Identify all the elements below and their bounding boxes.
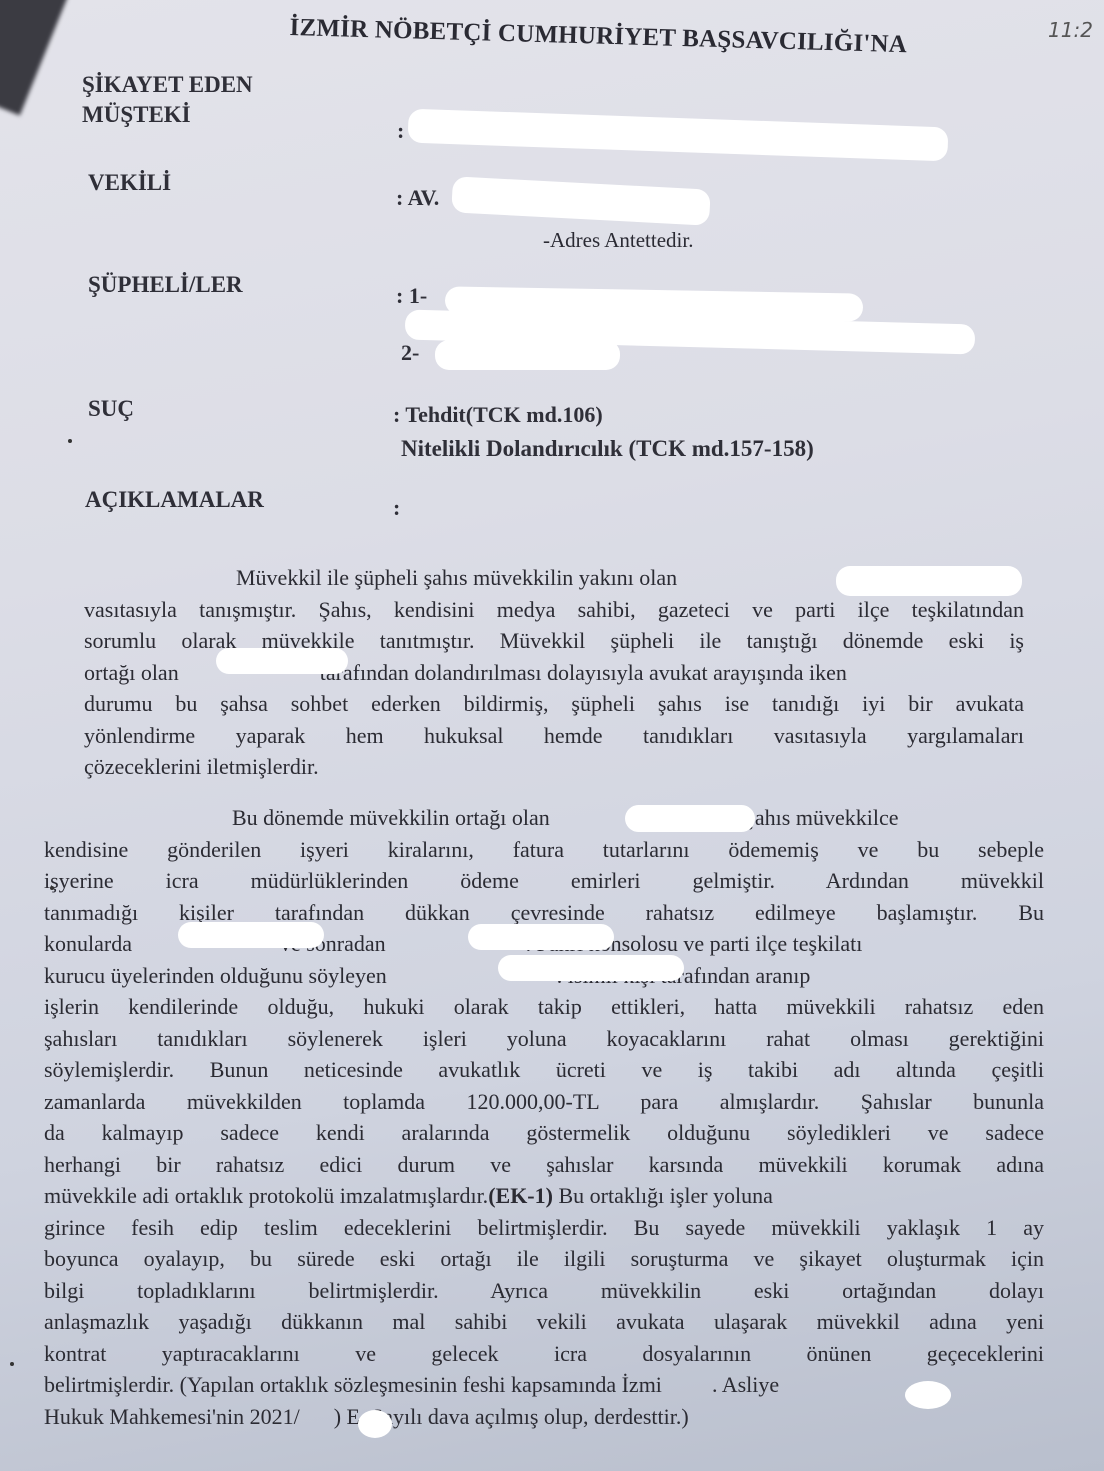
complainant-label: ŞİKAYET EDEN [82, 72, 253, 98]
p2-line: bilgi topladıklarını belirtmişlerdir. Ay… [44, 1275, 1044, 1307]
p2-line: herhangi bir rahatsız edici durum ve şah… [44, 1149, 1044, 1181]
suspects-label: ŞÜPHELİ/LER [88, 272, 243, 298]
p2-line: işlerin kendilerinde olduğu, hukuki olar… [44, 991, 1044, 1023]
speck [10, 1362, 14, 1366]
redaction-suspect-2 [435, 340, 620, 370]
attorney-address: -Adres Antettedir. [543, 228, 693, 253]
attorney-value: : AV. [396, 185, 439, 211]
p2-line: kontrat yaptıracaklarını ve gelecek icra… [44, 1338, 1044, 1370]
p2-line: müvekkile adi ortaklık protokolü imzalat… [44, 1180, 1044, 1212]
redaction-p1-partner [216, 648, 348, 674]
p2-text: Hukuk Mahkemesi'nin 2021/ [44, 1404, 300, 1429]
p2-line: işyerine icra müdürlüklerinden ödeme emi… [44, 865, 1044, 897]
p2-text: müvekkile adi ortaklık protokolü imzalat… [44, 1183, 488, 1208]
p2-line: Bu dönemde müvekkilin ortağı olan. isiml… [44, 802, 1044, 834]
handwritten-note: 11:2 [1048, 18, 1093, 42]
redaction-complainant [408, 109, 949, 162]
suspect-1: : 1- [396, 283, 427, 309]
explanations-label: AÇIKLAMALAR [85, 487, 264, 513]
crime-1: : Tehdit(TCK md.106) [393, 402, 603, 428]
attorney-label: VEKİLİ [88, 170, 171, 196]
p2-text: konularda [44, 931, 132, 956]
p2-line: belirtmişlerdir. (Yapılan ortaklık sözle… [44, 1369, 1044, 1401]
crime-label: SUÇ [88, 396, 134, 422]
complainant-label-2: MÜŞTEKİ [82, 102, 191, 128]
p2-line: girince fesih edip teslim edeceklerini b… [44, 1212, 1044, 1244]
p1-line: durumu bu şahsa sohbet ederken bildirmiş… [84, 688, 1024, 720]
redaction-p1-relative [836, 566, 1022, 596]
p1-line: Müvekkil ile şüpheli şahıs müvekkilin ya… [84, 562, 876, 594]
p2-line: da kalmayıp sadece kendi aralarında göst… [44, 1117, 1044, 1149]
p2-text: Bu ortaklığı işler yoluna [553, 1183, 773, 1208]
p2-text: kurucu üyelerinden olduğunu söyleyen [44, 963, 387, 988]
redaction-p2-name-3 [498, 955, 684, 981]
p2-line: kendisine gönderilen işyeri kiralarını, … [44, 834, 1044, 866]
photo-shadow [0, 0, 72, 116]
redaction-court-city [905, 1381, 951, 1409]
p2-text: Bu dönemde müvekkilin ortağı olan [232, 805, 550, 830]
p1-line: vasıtasıyla tanışmıştır. Şahıs, kendisin… [84, 594, 1024, 626]
speck [50, 886, 54, 890]
explanations-colon: : [393, 495, 400, 521]
p1-line: çözeceklerini iletmişlerdir. [84, 751, 1024, 783]
p2-text: belirtmişlerdir. (Yapılan ortaklık sözle… [44, 1372, 662, 1397]
redaction-p2-partner [625, 805, 755, 832]
p2-line: şahısları tanıdıkları söylenerek işleri … [44, 1023, 1044, 1055]
document-title: İZMİR NÖBETÇİ CUMHURİYET BAŞSAVCILIĞI'NA [289, 14, 907, 59]
p2-text: . Asliye [712, 1372, 779, 1397]
p2-line: boyunca oyalayıp, bu sürede eski ortağı … [44, 1243, 1044, 1275]
p2-line: zamanlarda müvekkilden toplamda 120.000,… [44, 1086, 1044, 1118]
p2-line: anlaşmazlık yaşadığı dükkanın mal sahibi… [44, 1306, 1044, 1338]
crime-2: Nitelikli Dolandırıcılık (TCK md.157-158… [401, 436, 814, 462]
annex-reference: (EK-1) [488, 1183, 553, 1208]
suspect-2: 2- [401, 340, 419, 366]
redaction-p2-name-1 [178, 922, 324, 948]
complainant-colon: : [397, 118, 404, 144]
p1-line: yönlendirme yaparak hem hukuksal hemde t… [84, 720, 1024, 752]
redaction-case-number [358, 1410, 392, 1438]
redaction-p2-name-2 [468, 924, 614, 950]
p1-text: tarafından dolandırılması dolayısıyla av… [320, 660, 847, 685]
p2-line: Hukuk Mahkemesi'nin 2021/) E. Sayılı dav… [44, 1401, 1044, 1433]
p1-text: ortağı olan [84, 660, 179, 685]
paragraph-2: Bu dönemde müvekkilin ortağı olan. isiml… [44, 802, 1044, 1432]
redaction-attorney [451, 176, 711, 225]
speck [68, 439, 72, 443]
p2-line: söylemişlerdir. Bunun neticesinde avukat… [44, 1054, 1044, 1086]
